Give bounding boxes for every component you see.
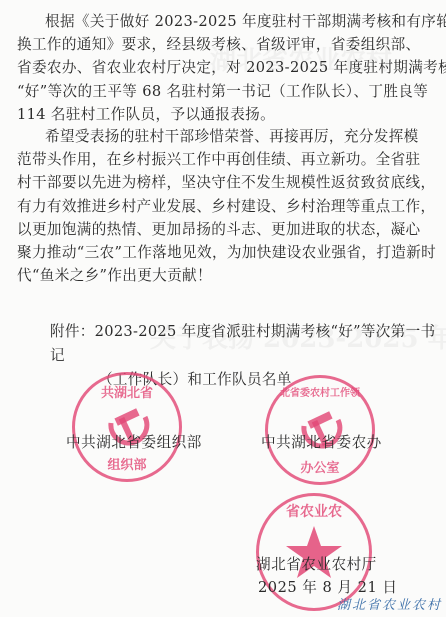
- signature-org-1: 中共湖北省委组织部: [66, 431, 202, 452]
- text-line: 有力有效推进乡村产业发展、乡村建设、乡村治理等重点工作，: [17, 195, 432, 218]
- attachment-line-1: 附件：2023-2025 年度省派驻村期满考核“好”等次第一书记: [50, 323, 435, 364]
- official-seal-organization-dept: 共湖北省 组织部: [72, 372, 182, 482]
- text-line: 范带头作用，在乡村振兴工作中再创佳绩、再立新功。全省驻: [17, 148, 432, 171]
- text-line: “好”等次的王平等 68 名驻村第一书记（工作队长）、丁胜良等: [17, 80, 432, 103]
- svg-text:办公室: 办公室: [300, 460, 339, 476]
- signature-org-2: 中共湖北省委农办: [261, 431, 382, 452]
- text-line: 代“鱼米之乡”作出更大贡献！: [17, 264, 432, 287]
- text-line: 以更加饱满的热情、更加昂扬的斗志、更加进取的状态，凝心: [17, 218, 432, 241]
- signature-org-3: 湖北省农业农村厅: [256, 553, 377, 574]
- svg-text:北省委农村工作领: 北省委农村工作领: [280, 386, 361, 399]
- hammer-sickle-icon: 共湖北省 组织部: [75, 375, 179, 479]
- text-line: 村干部要以先进为榜样，坚决守住不发生规模性返贫致贫底线，: [17, 171, 432, 194]
- svg-text:省农业农: 省农业农: [286, 503, 342, 520]
- svg-text:组织部: 组织部: [107, 457, 146, 473]
- paragraph-2: 希望受表扬的驻村干部珍惜荣誉、再接再厉，充分发挥模 范带头作用，在乡村振兴工作中…: [17, 125, 432, 287]
- text-line: 换工作的通知》要求，经县级考核、省级评审，省委组织部、: [17, 33, 432, 56]
- paragraph-1: 根据《关于做好 2023-2025 年度驻村干部期满考核和有序轮 换工作的通知》…: [17, 10, 432, 126]
- text-line: 根据《关于做好 2023-2025 年度驻村干部期满考核和有序轮: [17, 10, 432, 33]
- text-line: 希望受表扬的驻村干部珍惜荣誉、再接再厉，充分发挥模: [17, 125, 432, 148]
- official-seal-rural-work-office: 北省委农村工作领 办公室: [265, 375, 375, 485]
- hammer-sickle-icon: 北省委农村工作领 办公室: [268, 378, 372, 482]
- signature-date: 2025 年 8 月 21 日: [258, 576, 397, 597]
- text-line: 聚力推动“三农”工作落地见效，为加快建设农业强省，打造新时: [17, 241, 432, 264]
- svg-text:共湖北省: 共湖北省: [101, 385, 153, 401]
- text-line: 省委农办、省农业农村厅决定，对 2023-2025 年度驻村期满考核: [17, 56, 432, 79]
- text-line: 114 名驻村工作队员，予以通报表扬。: [17, 103, 432, 126]
